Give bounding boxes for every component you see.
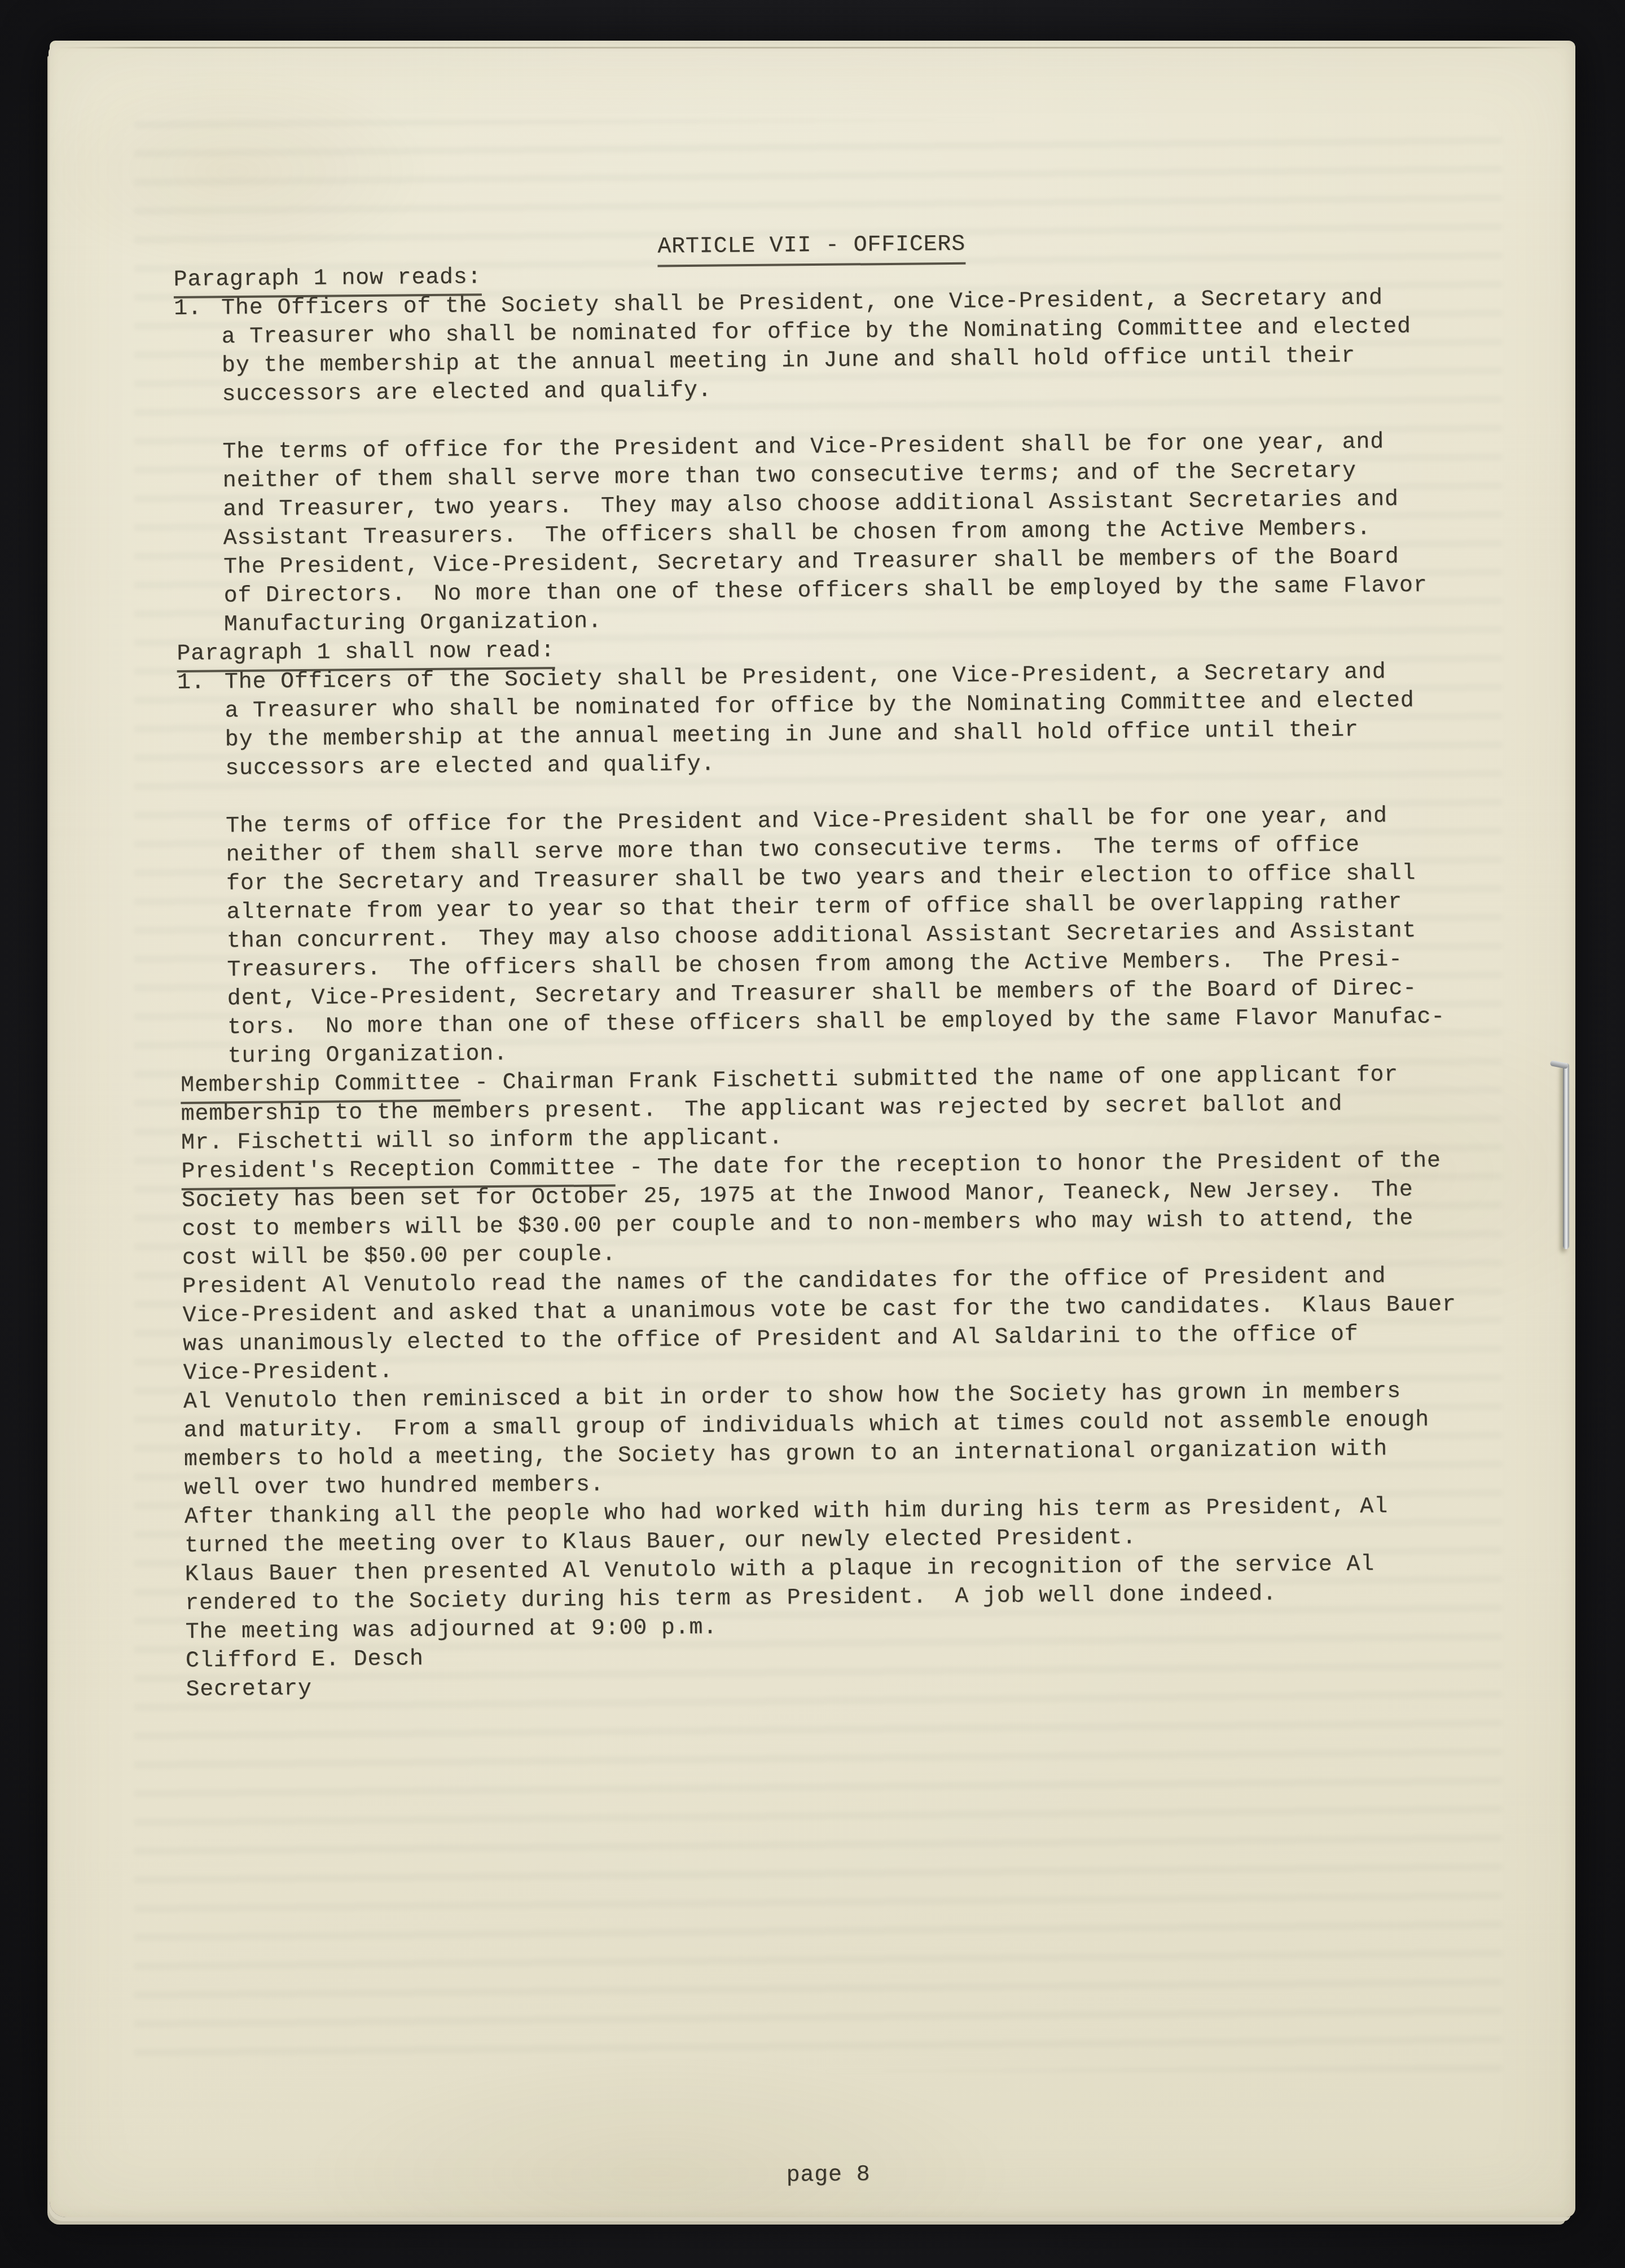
para-meeting-handover: After thanking all the people who had wo… (185, 1492, 1461, 1561)
typed-content: ARTICLE VII - OFFICERS Paragraph 1 now r… (173, 226, 1463, 1704)
scan-background: { "doc": { "title": "ARTICLE VII - OFFIC… (0, 0, 1625, 2268)
item-text: The Officers of the Society shall be Pre… (225, 657, 1457, 1071)
item-number: 1. (177, 668, 225, 697)
page-number: page 8 (190, 2155, 1466, 2195)
para-membership-committee: Membership Committee - Chairman Frank Fi… (181, 1060, 1457, 1158)
staple-hook (1550, 1060, 1569, 1069)
para-plaque-presentation: Klaus Bauer then presented Al Venutolo w… (185, 1549, 1461, 1618)
numbered-item-current-wording: 1. The Officers of the Society shall be … (174, 283, 1453, 640)
para-society-growth: Al Venutolo then reminisced a bit in ord… (183, 1377, 1461, 1503)
membership-committee-label: Membership Committee (181, 1071, 461, 1104)
document-page: ARTICLE VII - OFFICERS Paragraph 1 now r… (50, 41, 1575, 2217)
item-text: The Officers of the Society shall be Pre… (221, 283, 1453, 639)
numbered-item-amended-wording: 1. The Officers of the Society shall be … (177, 657, 1457, 1071)
staple (1563, 1063, 1569, 1249)
article-title: ARTICLE VII - OFFICERS (657, 232, 965, 267)
para-president-election: President Al Venutolo read the names of … (182, 1262, 1460, 1388)
under-sheet-edge-line (55, 47, 1566, 49)
item-number: 1. (174, 294, 221, 323)
signature-block: Clifford E. Desch Secretary (186, 1636, 1463, 1704)
para-presidents-reception-committee: President's Reception Committee - The da… (181, 1146, 1459, 1273)
